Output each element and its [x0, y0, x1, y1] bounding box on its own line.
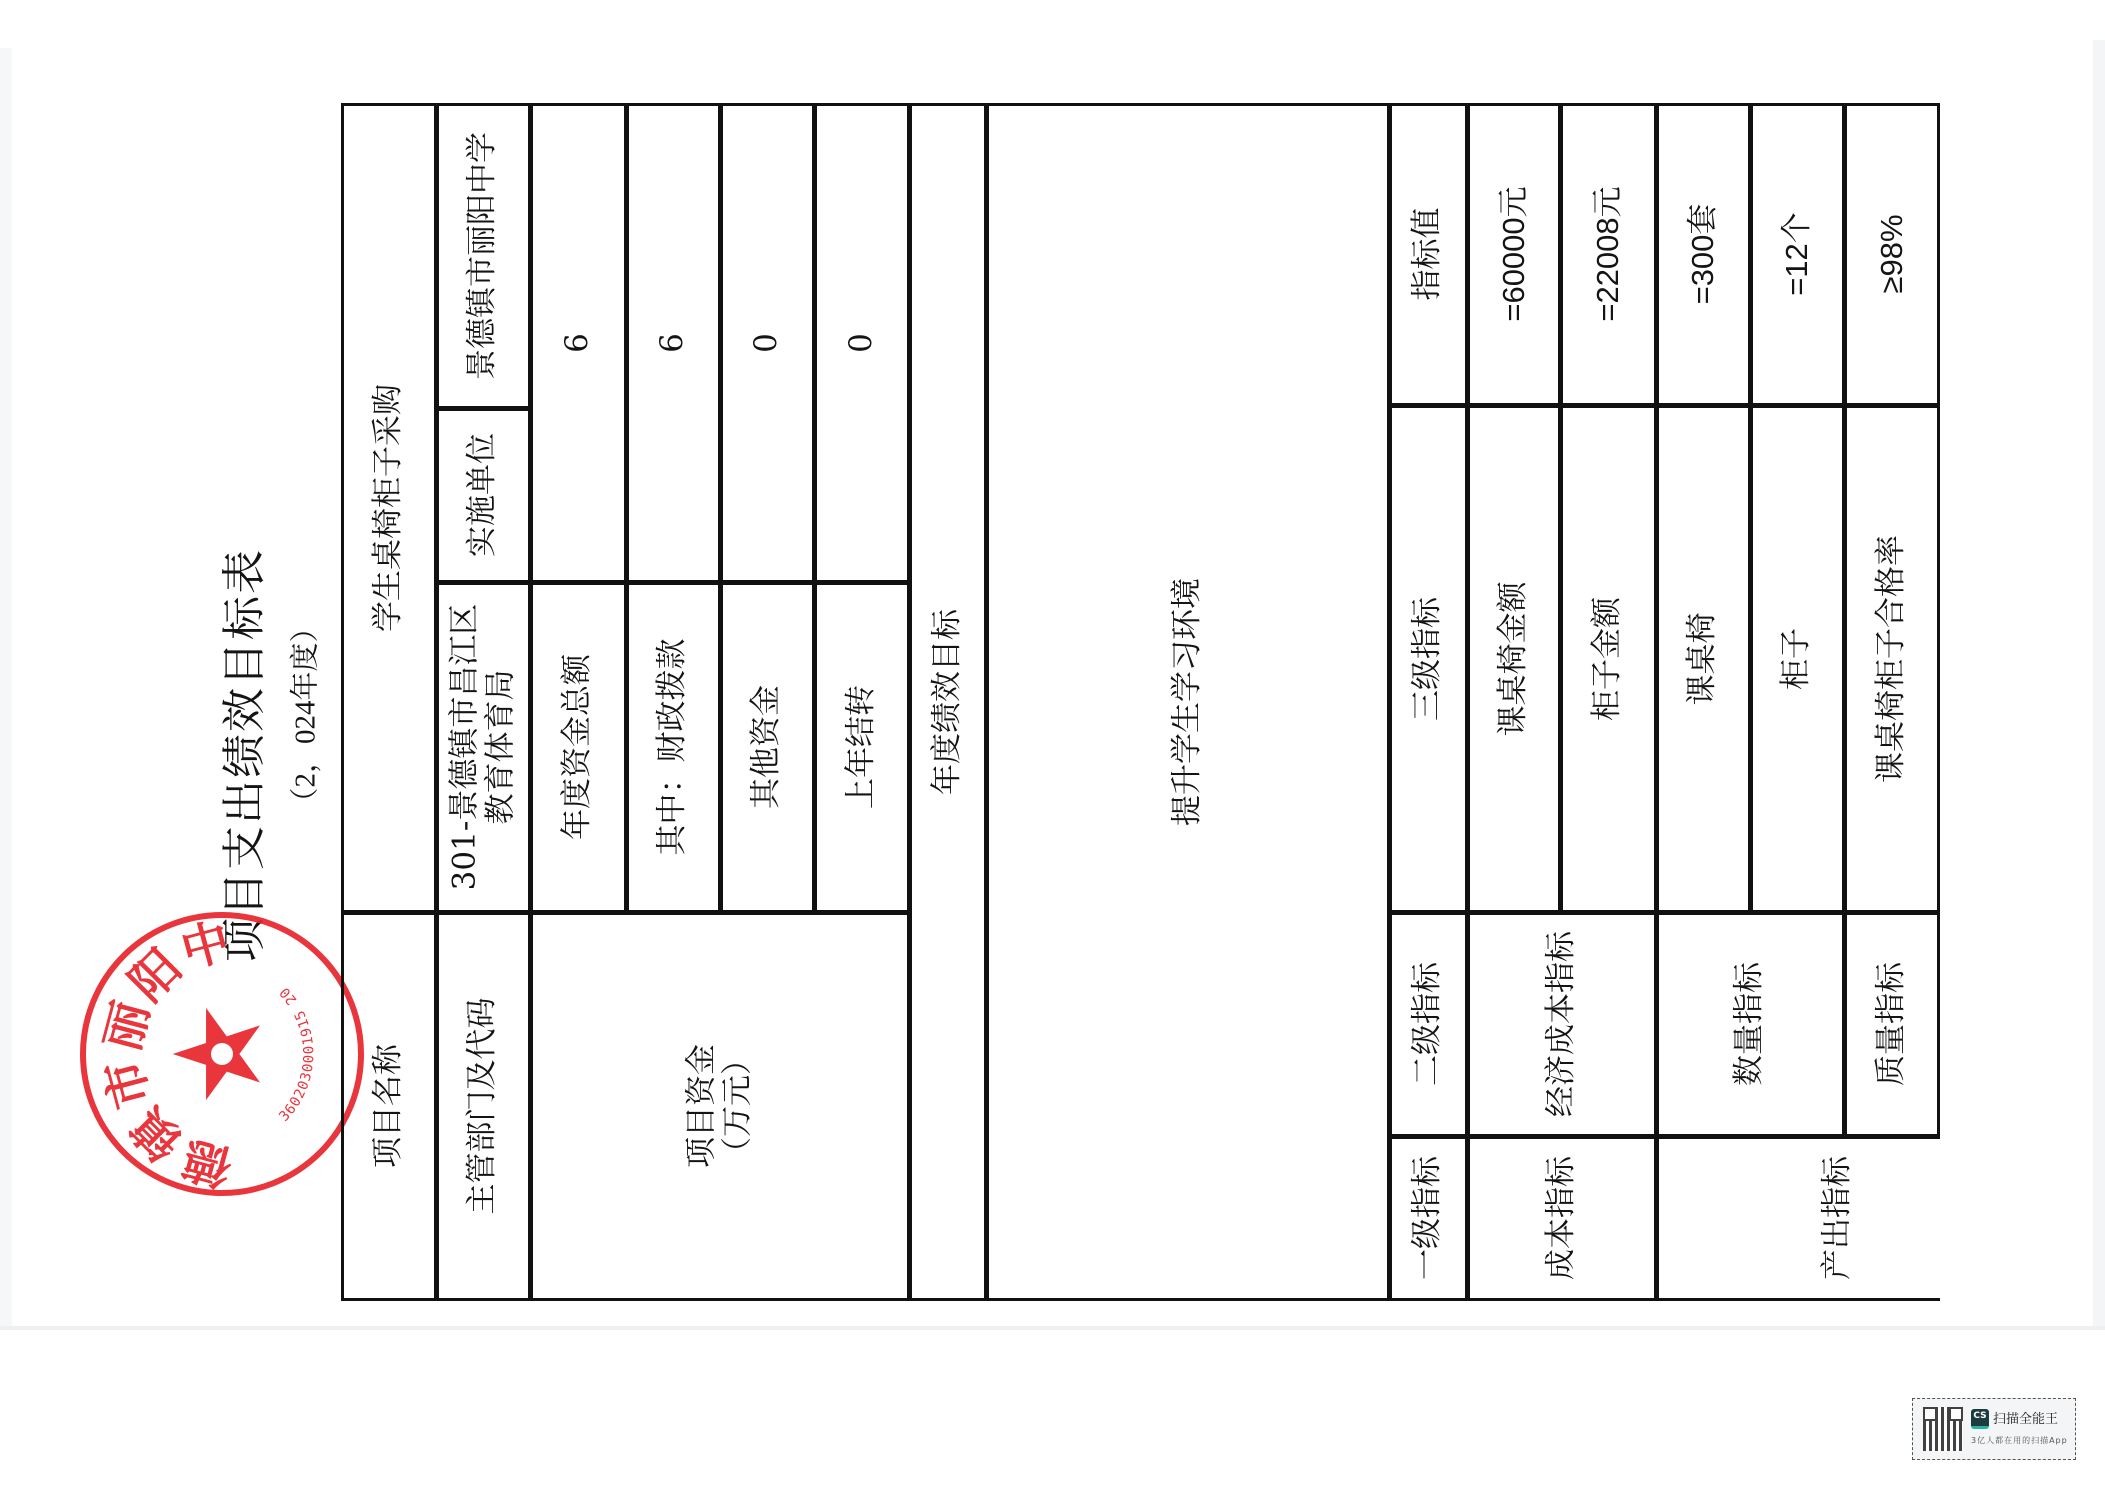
annual-goal-label-cell: 年度绩效目标: [909, 103, 987, 1301]
level2-quality: 质量指标: [1874, 962, 1910, 1086]
scan-edge-bottom: [0, 1326, 2105, 1330]
scan-edge-left: [0, 48, 12, 1328]
indicator-level3: 柜子: [1779, 628, 1815, 690]
header-level1-cell: 一级指标: [1389, 1136, 1468, 1301]
header-level3: 三级指标: [1410, 597, 1446, 721]
scan-edge-right: [2093, 40, 2105, 1330]
level1-output-cell: 产出指标: [1656, 1136, 1940, 1301]
indicator-level3-cell: 柜子金额: [1560, 405, 1657, 913]
watermark-app-name: 扫描全能王: [1993, 1408, 2058, 1427]
star-center-dot: [211, 1043, 233, 1065]
header-level2: 二级指标: [1410, 962, 1446, 1086]
fund-fiscal-value-cell: 6: [626, 103, 721, 583]
implementing-unit-value: 景德镇市丽阳中学: [465, 132, 501, 380]
department-label-cell: 主管部门及代码: [436, 912, 531, 1301]
indicator-value: =60000元: [1496, 186, 1532, 321]
annual-goal-value: 提升学生学习环境: [1170, 578, 1206, 826]
fund-fiscal-label-cell: 其中：财政拨款: [626, 582, 721, 913]
header-value-cell: 指标值: [1389, 103, 1468, 406]
header-level2-cell: 二级指标: [1389, 912, 1468, 1137]
indicator-level3: 课桌椅金额: [1496, 581, 1532, 736]
indicator-value-cell: =22008元: [1560, 103, 1657, 406]
indicator-level3-cell: 课桌椅柜子合格率: [1844, 405, 1940, 913]
annual-goal-label: 年度绩效目标: [930, 609, 966, 795]
watermark-slogan: 3亿人都在用的扫描App: [1971, 1435, 2068, 1446]
project-name-label-cell: 项目名称: [341, 912, 437, 1301]
indicator-value-cell: ≥98%: [1844, 103, 1940, 406]
project-name-value: 学生桌椅柜子采购: [371, 384, 407, 632]
indicator-level3: 课桌椅: [1685, 612, 1721, 705]
level1-output: 产出指标: [1821, 1156, 1857, 1280]
fund-carryover-value-cell: 0: [814, 103, 910, 583]
level2-economic-cost: 经济成本指标: [1544, 931, 1580, 1117]
level2-quantity-cell: 数量指标: [1656, 912, 1845, 1137]
fund-total-value: 6: [560, 333, 596, 353]
project-name-label: 项目名称: [371, 1044, 407, 1168]
header-value: 指标值: [1410, 208, 1446, 301]
fund-carryover-label: 上年结转: [844, 685, 880, 809]
fund-total-value-cell: 6: [530, 103, 627, 583]
fund-total-label-cell: 年度资金总额: [530, 582, 627, 913]
qr-code-icon: [1923, 1407, 1963, 1451]
fund-fiscal-value: 6: [655, 333, 691, 353]
page-title: 项目支出绩效目标表: [208, 548, 272, 962]
camscanner-watermark: CS 扫描全能王 3亿人都在用的扫描App: [1912, 1398, 2076, 1460]
level2-economic-cost-cell: 经济成本指标: [1467, 912, 1657, 1137]
header-level3-cell: 三级指标: [1389, 405, 1468, 913]
header-level1: 一级指标: [1410, 1156, 1446, 1280]
project-name-value-cell: 学生桌椅柜子采购: [341, 103, 437, 913]
implementing-unit-label-cell: 实施单位: [436, 408, 531, 583]
indicator-value: ≥98%: [1874, 214, 1910, 293]
level1-cost: 成本指标: [1544, 1156, 1580, 1280]
fund-carryover-value: 0: [844, 333, 880, 353]
indicator-value: =22008元: [1590, 186, 1626, 321]
indicator-level3-cell: 课桌椅金额: [1467, 405, 1561, 913]
fund-total-label: 年度资金总额: [560, 654, 596, 840]
fund-other-value: 0: [749, 333, 785, 353]
project-funds-label: 项目资金 （万元）: [684, 1044, 755, 1168]
indicator-level3: 课桌椅柜子合格率: [1874, 535, 1910, 783]
indicator-level3: 柜子金额: [1590, 597, 1626, 721]
indicator-value-cell: =12个: [1750, 103, 1845, 406]
annual-goal-value-cell: 提升学生学习环境: [986, 103, 1390, 1301]
indicator-value: =12个: [1779, 212, 1815, 296]
indicator-level3-cell: 课桌椅: [1656, 405, 1751, 913]
level2-quantity: 数量指标: [1732, 962, 1768, 1086]
fund-other-label-cell: 其他资金: [720, 582, 815, 913]
department-label: 主管部门及代码: [465, 998, 501, 1215]
fund-fiscal-label: 其中：财政拨款: [655, 639, 691, 856]
indicator-value: =300套: [1685, 204, 1721, 305]
fund-other-label: 其他资金: [749, 685, 785, 809]
department-value-cell: 301-景德镇市昌江区教育体育局: [436, 582, 531, 913]
implementing-unit-label: 实施单位: [465, 433, 501, 557]
scan-margin-top: [0, 0, 2105, 48]
project-funds-label-line1: 项目资金: [684, 1044, 720, 1168]
cs-logo-icon: CS: [1971, 1409, 1989, 1429]
indicator-level3-cell: 柜子: [1750, 405, 1845, 913]
level1-cost-cell: 成本指标: [1467, 1136, 1657, 1301]
page-subtitle-year: （2，024年度）: [283, 613, 324, 816]
project-funds-label-cell: 项目资金 （万元）: [530, 912, 910, 1301]
official-seal: 景德镇市丽阳中学 3602030001915 20 ★: [80, 912, 364, 1196]
fund-other-value-cell: 0: [720, 103, 815, 583]
indicator-value-cell: =300套: [1656, 103, 1751, 406]
indicator-value-cell: =60000元: [1467, 103, 1561, 406]
project-funds-label-line2: （万元）: [720, 1044, 756, 1168]
fund-carryover-label-cell: 上年结转: [814, 582, 910, 913]
department-value: 301-景德镇市昌江区教育体育局: [447, 597, 518, 897]
level2-quality-cell: 质量指标: [1844, 912, 1940, 1137]
implementing-unit-value-cell: 景德镇市丽阳中学: [436, 103, 531, 409]
